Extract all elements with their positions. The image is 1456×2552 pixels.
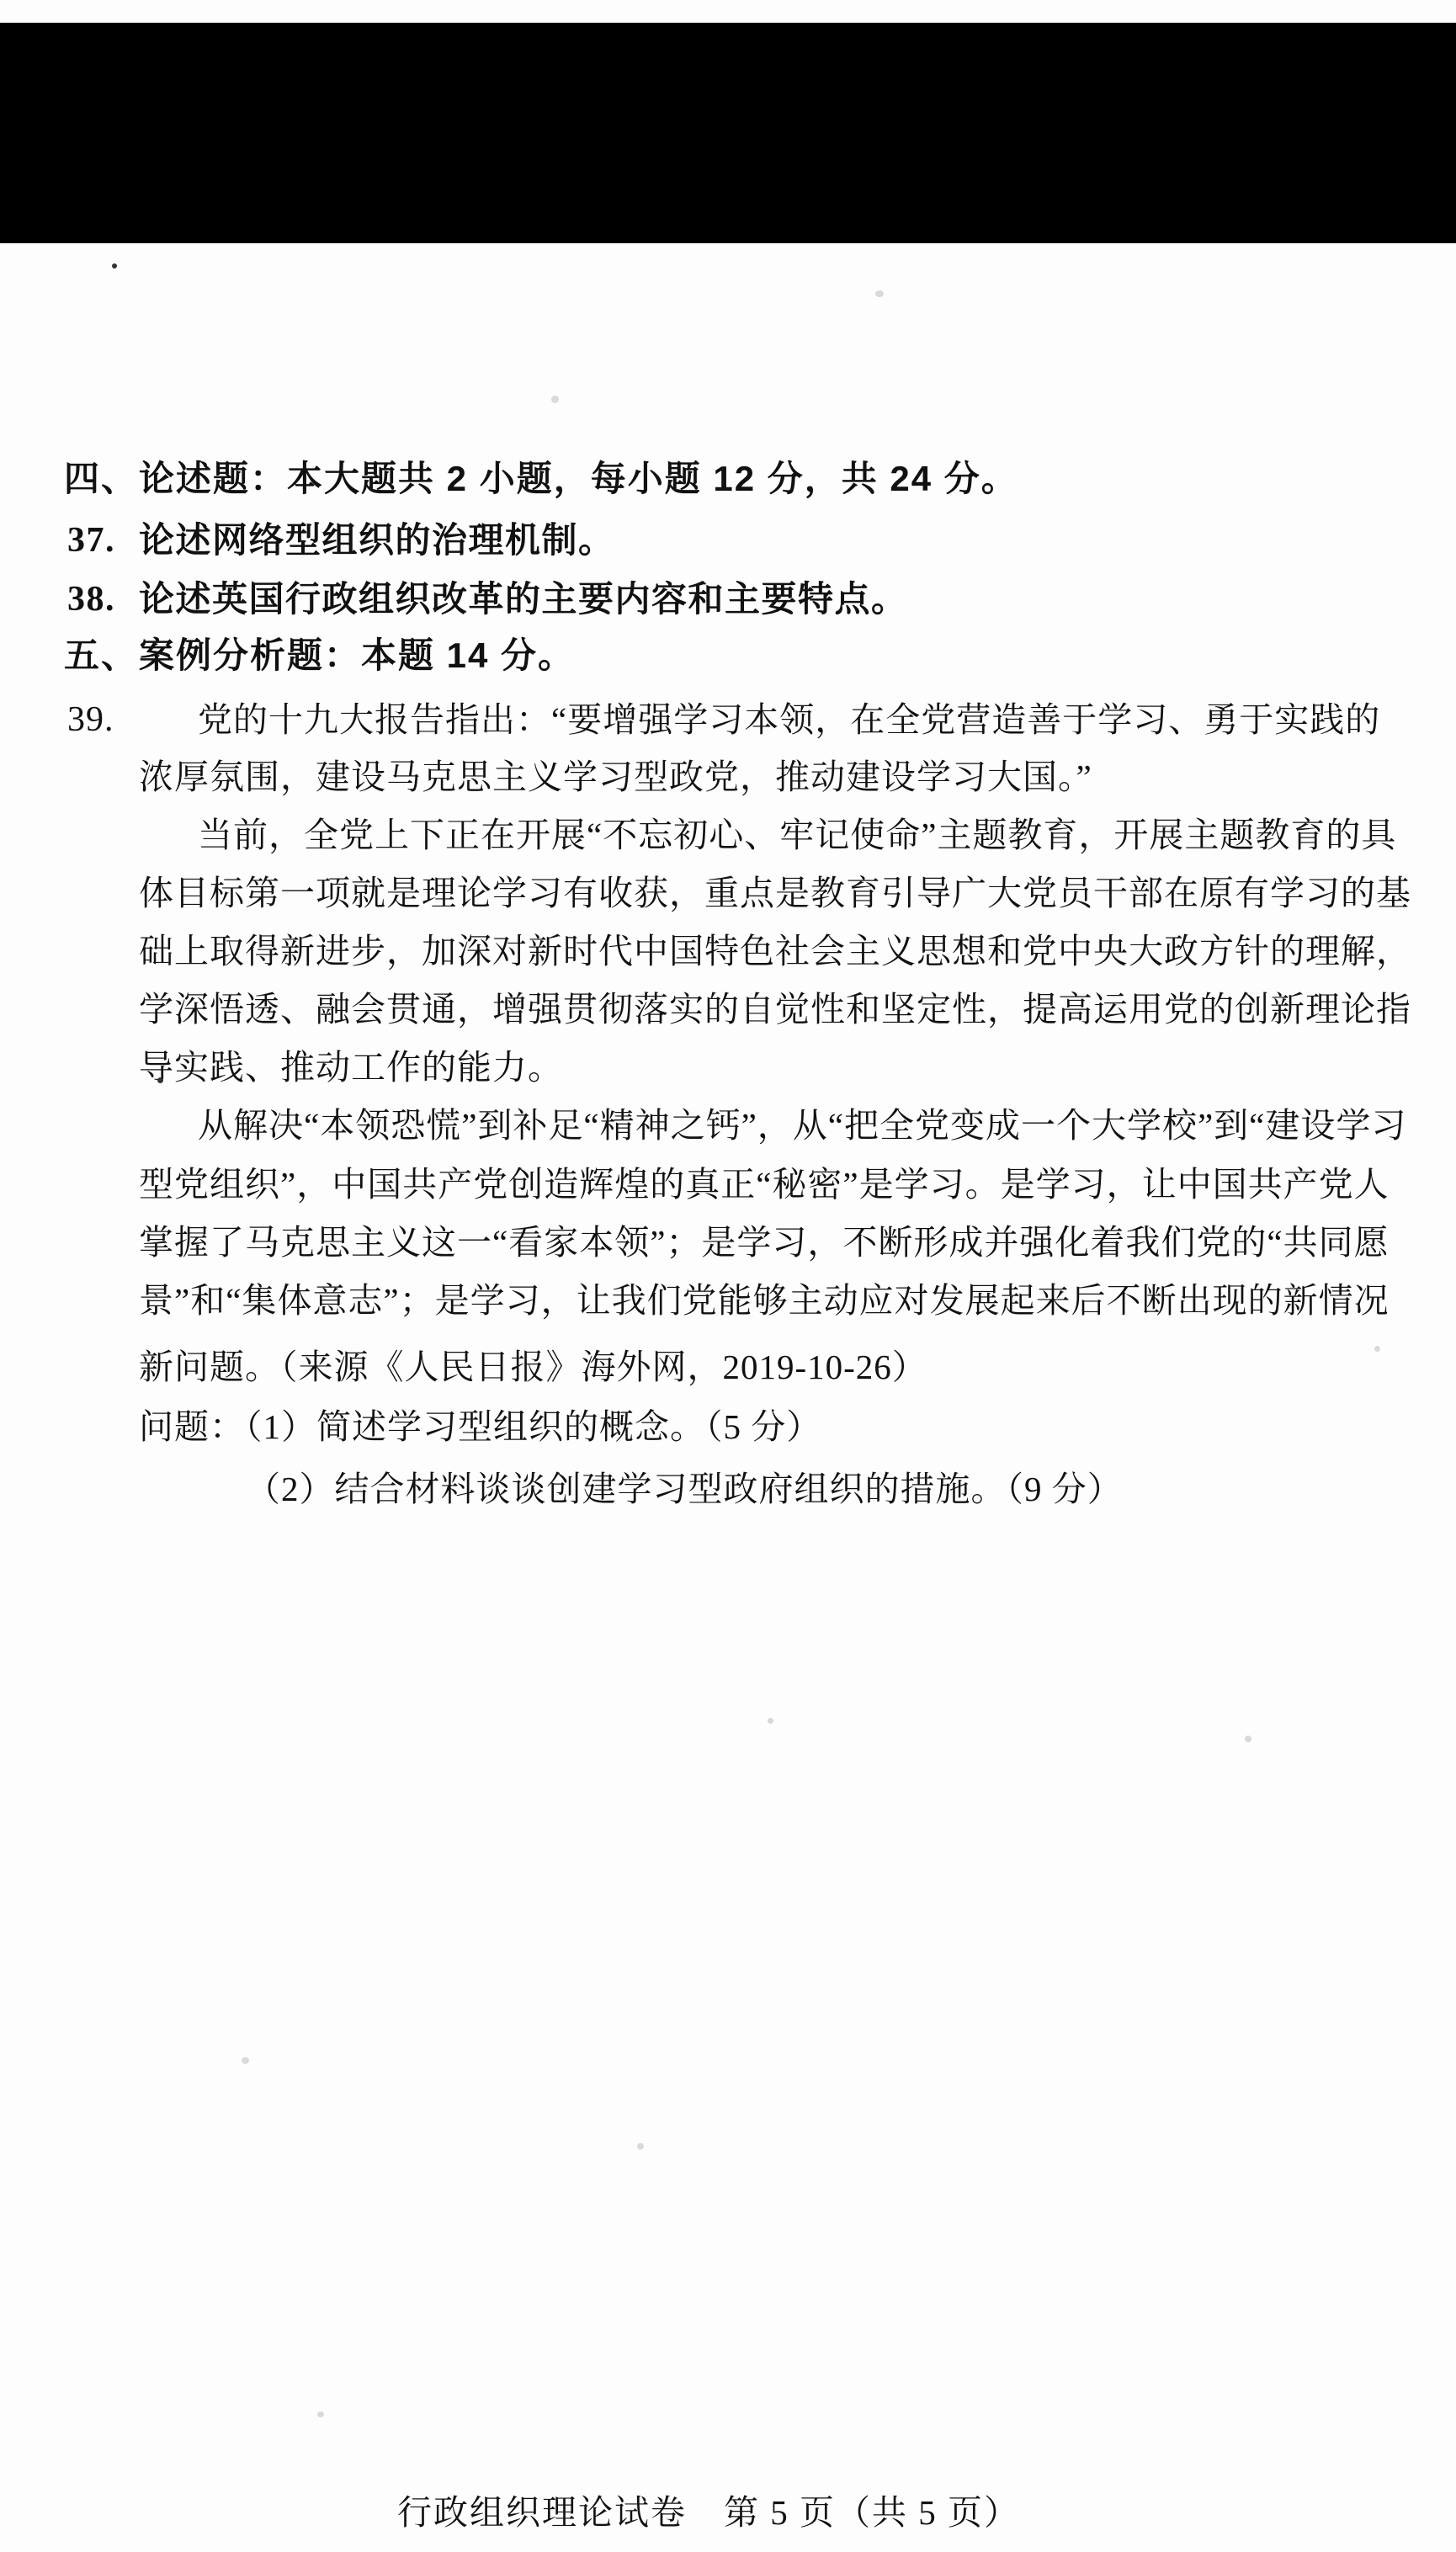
exam-title: 行政组织理论试卷 [397,2485,687,2534]
subquestion-2: （2）结合材料谈谈创建学习型政府组织的措施。（9 分） [0,1469,1456,1509]
page-footer: 行政组织理论试卷 第 5 页（共 5 页） [397,2485,1020,2534]
question-number: 38. [67,579,115,619]
scan-speck [317,2411,324,2417]
question-number: 37. [67,520,115,561]
line-text: 问题：（1）简述学习型组织的概念。（5 分） [139,1406,821,1447]
question-number: 39. [67,699,114,740]
line-text: 当前，全党上下正在开展“不忘初心、牢记使命”主题教育，开展主题教育的具 [198,815,1396,855]
question-37: 37. 论述网络型组织的治理机制。 [0,520,1456,561]
scan-speck [242,2057,249,2064]
case-text-line: 当前，全党上下正在开展“不忘初心、牢记使命”主题教育，开展主题教育的具 [0,815,1456,855]
line-text: 导实践、推动工作的能力。 [139,1047,563,1087]
section-heading-5: 五、 案例分析题：本题 14 分。 [0,635,1456,676]
line-text: 景”和“集体意志”；是学习，让我们党能够主动应对发展起来后不断出现的新情况 [139,1280,1390,1321]
line-text: 础上取得新进步，加深对新时代中国特色社会主义思想和党中央大政方针的理解， [139,931,1411,971]
scan-speck [551,396,559,403]
scan-speck [875,290,884,297]
line-text: 体目标第一项就是理论学习有收获，重点是教育引导广大党员干部在原有学习的基 [139,873,1411,913]
case-text-line: 学深悟透、融会贯通，增强贯彻落实的自觉性和坚定性，提高运用党的创新理论指 [0,989,1456,1029]
question-38: 38. 论述英国行政组织改革的主要内容和主要特点。 [0,579,1456,619]
subquestion-1: 问题：（1）简述学习型组织的概念。（5 分） [0,1406,1456,1447]
scanner-black-band [0,23,1456,243]
line-text: 型党组织”，中国共产党创造辉煌的真正“秘密”是学习。是学习，让中国共产党人 [139,1164,1390,1204]
section-heading-4: 四、 论述题：本大题共 2 小题，每小题 12 分，共 24 分。 [0,459,1456,499]
question-text: 论述网络型组织的治理机制。 [139,520,615,561]
case-text-line: 体目标第一项就是理论学习有收获，重点是教育引导广大党员干部在原有学习的基 [0,873,1456,913]
case-text-line: 导实践、推动工作的能力。 [0,1047,1456,1087]
question-39-line-1: 39. 党的十九大报告指出：“要增强学习本领，在全党营造善于学习、勇于实践的 [0,699,1456,740]
case-text-line: 景”和“集体意志”；是学习，让我们党能够主动应对发展起来后不断出现的新情况 [0,1280,1456,1321]
line-text: 学深悟透、融会贯通，增强贯彻落实的自觉性和坚定性，提高运用党的创新理论指 [139,989,1411,1029]
scan-speck [637,2143,644,2150]
scan-speck [1245,1736,1251,1742]
section-number: 五、 [64,635,138,676]
line-text: 新问题。（来源《人民日报》海外网，2019-10-26） [139,1347,927,1387]
case-text-line: 浓厚氛围，建设马克思主义学习型政党，推动建设学习大国。” [0,757,1456,797]
section-number: 四、 [64,459,138,499]
case-text-line: 型党组织”，中国共产党创造辉煌的真正“秘密”是学习。是学习，让中国共产党人 [0,1164,1456,1204]
section-title: 案例分析题：本题 14 分。 [139,635,575,676]
case-source-line: 新问题。（来源《人民日报》海外网，2019-10-26） [0,1347,1456,1387]
case-text-line: 掌握了马克思主义这一“看家本领”；是学习，不断形成并强化着我们党的“共同愿 [0,1222,1456,1263]
case-text-line: 础上取得新进步，加深对新时代中国特色社会主义思想和党中央大政方针的理解， [0,931,1456,971]
scan-speck [768,1718,773,1724]
line-text: 掌握了马克思主义这一“看家本领”；是学习，不断形成并强化着我们党的“共同愿 [139,1222,1390,1263]
question-text: 论述英国行政组织改革的主要内容和主要特点。 [139,579,908,619]
line-text: （2）结合材料谈谈创建学习型政府组织的措施。（9 分） [246,1469,1123,1509]
line-text: 浓厚氛围，建设马克思主义学习型政党，推动建设学习大国。” [139,757,1092,797]
page-number: 第 5 页（共 5 页） [724,2485,1020,2534]
case-text-line: 从解决“本领恐慌”到补足“精神之钙”，从“把全党变成一个大学校”到“建设学习 [0,1105,1456,1146]
line-text: 从解决“本领恐慌”到补足“精神之钙”，从“把全党变成一个大学校”到“建设学习 [198,1105,1406,1146]
scan-speck [112,263,117,268]
scanned-exam-page: 四、 论述题：本大题共 2 小题，每小题 12 分，共 24 分。 37. 论述… [0,0,1456,2552]
section-title: 论述题：本大题共 2 小题，每小题 12 分，共 24 分。 [139,459,1018,499]
case-text-line: 党的十九大报告指出：“要增强学习本领，在全党营造善于学习、勇于实践的 [198,699,1380,740]
